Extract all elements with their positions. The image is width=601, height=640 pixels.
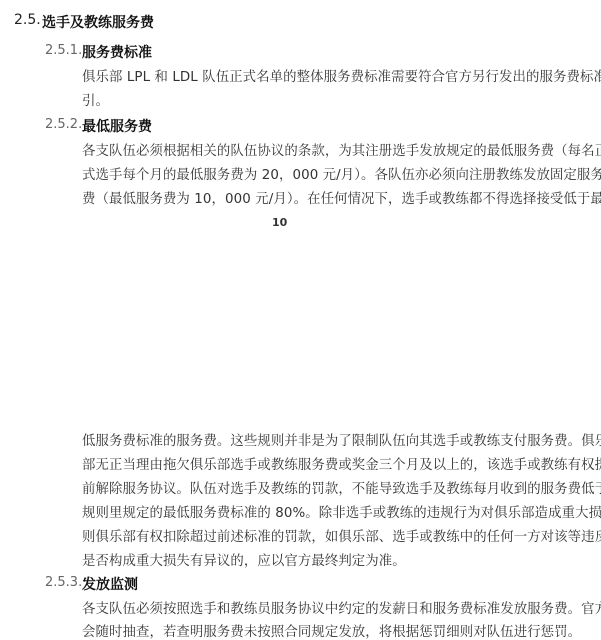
- subsection-number: 2.5.2.: [45, 117, 82, 132]
- body-line: 各支队伍必须按照选手和教练员服务协议中约定的发薪日和服务费标准发放服务费。官方: [82, 598, 601, 617]
- page-number: 10: [272, 216, 287, 229]
- body-line: 是否构成重大损失有异议的，应以官方最终判定为准。: [82, 550, 406, 569]
- subsection-title: 最低服务费: [82, 116, 152, 136]
- body-line: 前解除服务协议。队伍对选手及教练的罚款，不能导致选手及教练每月收到的服务费低于: [82, 478, 601, 497]
- body-line: 部无正当理由拖欠俱乐部选手或教练服务费或奖金三个月及以上的，该选手或教练有权提: [82, 454, 601, 473]
- body-line: 规则里规定的最低服务费标准的 80%。除非选手或教练的违规行为对俱乐部造成重大损…: [82, 502, 601, 521]
- body-line: 各支队伍必须根据相关的队伍协议的条款，为其注册选手发放规定的最低服务费（每名正: [82, 140, 601, 159]
- section-title: 选手及教练服务费: [42, 12, 154, 32]
- subsection-number: 2.5.1.: [45, 43, 82, 58]
- subsection-title: 服务费标准: [82, 42, 152, 62]
- body-line: 会随时抽查，若查明服务费未按照合同规定发放，将根据惩罚细则对队伍进行惩罚。: [82, 621, 581, 640]
- body-line: 俱乐部 LPL 和 LDL 队伍正式名单的整体服务费标准需要符合官方另行发出的服…: [82, 66, 601, 85]
- body-line: 费（最低服务费为 10，000 元/月）。在任何情况下，选手或教练都不得选择接受…: [82, 188, 601, 207]
- body-line: 式选手每个月的最低服务费为 20，000 元/月）。各队伍亦必须向注册教练发放固…: [82, 164, 601, 183]
- body-line: 引。: [82, 90, 109, 109]
- subsection-number: 2.5.3.: [45, 575, 82, 590]
- body-line: 低服务费标准的服务费。这些规则并非是为了限制队伍向其选手或教练支付服务费。俱乐: [82, 430, 601, 449]
- body-line: 则俱乐部有权扣除超过前述标准的罚款，如俱乐部、选手或教练中的任何一方对该等违反: [82, 526, 601, 545]
- section-number: 2.5.: [14, 12, 41, 28]
- subsection-title: 发放监测: [82, 574, 138, 594]
